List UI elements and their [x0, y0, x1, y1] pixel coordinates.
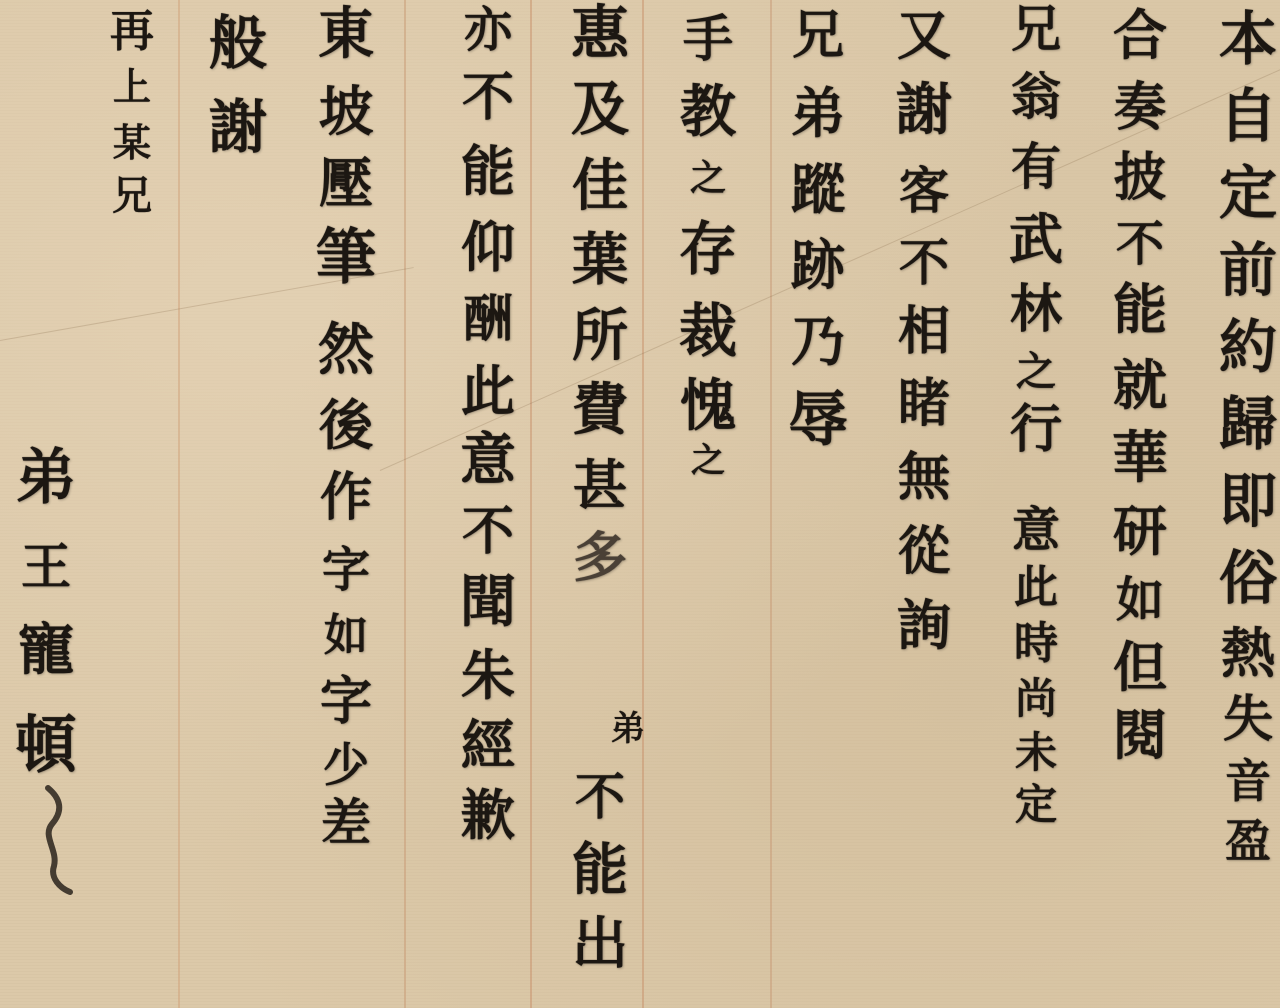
- ruling-line: [530, 0, 532, 1008]
- character: 尚: [1015, 678, 1057, 720]
- character: 葉: [572, 232, 628, 288]
- character: 歉: [461, 788, 515, 842]
- character: 華: [1112, 430, 1168, 486]
- character: 兄: [792, 10, 844, 62]
- character: 但: [1113, 640, 1167, 694]
- character: 約: [1219, 318, 1277, 376]
- character: 某: [113, 124, 151, 162]
- character: 字: [322, 546, 370, 594]
- character: 研: [1113, 504, 1167, 558]
- text-column-1: 本 自 定 前 約 歸 即 俗 熱 失 音 盈: [1220, 0, 1276, 864]
- character: 此: [461, 364, 515, 418]
- character: 裁: [679, 302, 737, 360]
- character: 相: [898, 306, 950, 358]
- character: 之: [691, 444, 725, 478]
- character: 意: [1012, 506, 1060, 554]
- signature-column: 弟 王 寵 頓: [10, 448, 82, 776]
- text-column-7-continued: 不 能 出: [568, 772, 632, 972]
- character: 不: [462, 506, 514, 558]
- character: 即: [1219, 472, 1277, 530]
- text-column-5: 兄 弟 蹤 跡 乃 辱: [786, 0, 850, 450]
- character: 失: [1223, 694, 1273, 744]
- character: 仰: [461, 220, 515, 274]
- character: 兄: [1011, 4, 1061, 54]
- character: 上: [113, 68, 151, 106]
- character: 能: [461, 144, 515, 198]
- character: 奏: [1114, 82, 1166, 134]
- character: 寵: [18, 622, 74, 678]
- character: 愧: [680, 378, 736, 434]
- character: 又: [897, 8, 951, 62]
- text-column-8: 亦 不 能 仰 酬 此 意 不 聞 朱 經 歉: [456, 0, 520, 842]
- character: 睹: [898, 378, 950, 430]
- character: 筆: [316, 228, 376, 288]
- character: 頓: [15, 714, 77, 776]
- text-column-10: 般 謝: [206, 0, 270, 156]
- character: 合: [1113, 8, 1167, 62]
- character: 俗: [1219, 549, 1277, 607]
- text-column-postscript: 再 上 某 兄: [108, 0, 156, 216]
- character: 翁: [1011, 72, 1061, 122]
- character: 前: [1219, 241, 1277, 299]
- character: 此: [1014, 566, 1058, 610]
- character: 披: [1114, 152, 1166, 204]
- character: 未: [1015, 732, 1057, 774]
- ruling-line: [178, 0, 180, 1008]
- character: 閱: [1113, 708, 1167, 762]
- character: 音: [1225, 758, 1271, 804]
- character: 惠: [571, 4, 629, 62]
- text-column-2: 合 奏 披 不 能 就 華 研 如 但 閱: [1108, 0, 1172, 762]
- character: 坡: [319, 84, 373, 138]
- character: 謝: [209, 98, 267, 156]
- character: 經: [461, 718, 515, 772]
- ruling-line: [404, 0, 406, 1008]
- character: 之: [1016, 352, 1056, 392]
- character: 就: [1113, 358, 1167, 412]
- character: 所: [572, 308, 628, 364]
- character: 佳: [572, 158, 628, 214]
- character: 能: [1113, 282, 1167, 336]
- character: 自: [1219, 87, 1277, 145]
- signature-flourish: [30, 780, 90, 900]
- character: 作: [320, 472, 372, 524]
- character: 然: [318, 322, 374, 378]
- character: 再: [110, 10, 154, 54]
- character: 王: [21, 542, 71, 592]
- character: 如: [1116, 576, 1164, 624]
- character: 弟: [791, 86, 845, 140]
- character: 多: [573, 530, 627, 584]
- character: 蹤: [791, 162, 845, 216]
- character: 出: [572, 916, 628, 972]
- text-inline-self-reference: 弟: [608, 712, 648, 746]
- character: 歸: [1219, 395, 1277, 453]
- character: 費: [572, 382, 628, 438]
- character: 手: [683, 14, 733, 64]
- character: 聞: [460, 574, 516, 630]
- character: 亦: [464, 6, 512, 54]
- character: 不: [462, 72, 514, 124]
- text-column-4: 又 謝 客 不 相 睹 無 從 詢: [892, 0, 956, 652]
- character: 酬: [463, 294, 513, 344]
- character: 不: [1116, 220, 1164, 268]
- character: 教: [680, 84, 736, 140]
- character: 謝: [896, 82, 952, 138]
- character: 弟: [611, 712, 645, 746]
- character: 本: [1219, 10, 1277, 68]
- character: 盈: [1225, 818, 1271, 864]
- letter-paper: 本 自 定 前 約 歸 即 俗 熱 失 音 盈 合 奏 披 不 能 就 華 研 …: [0, 0, 1280, 1008]
- character: 無: [898, 452, 950, 504]
- character: 時: [1014, 622, 1058, 666]
- character: 客: [899, 166, 949, 216]
- character: 少: [323, 742, 369, 788]
- character: 詢: [897, 598, 951, 652]
- character: 能: [572, 842, 628, 898]
- character: 朱: [461, 648, 515, 702]
- character: 武: [1009, 212, 1063, 266]
- text-column-6: 手 教 之 存 裁 愧 之: [676, 0, 740, 478]
- character: 之: [690, 160, 726, 196]
- ruling-line: [642, 0, 644, 1008]
- character: 般: [209, 14, 267, 72]
- character: 意: [460, 432, 516, 488]
- character: 差: [321, 798, 371, 848]
- character: 行: [1010, 404, 1062, 456]
- character: 東: [318, 6, 374, 62]
- text-column-9: 東 坡 壓 筆 然 後 作 字 如 字 少 差: [314, 0, 378, 848]
- character: 林: [1010, 284, 1062, 336]
- character: 甚: [573, 458, 627, 512]
- character: 不: [575, 772, 625, 822]
- character: 不: [899, 238, 949, 288]
- character: 字: [320, 676, 372, 728]
- character: 存: [679, 220, 737, 278]
- character: 如: [324, 614, 368, 658]
- character: 從: [898, 526, 950, 578]
- character: 有: [1011, 142, 1061, 192]
- character: 跡: [791, 238, 845, 292]
- character: 乃: [791, 314, 845, 368]
- character: 後: [319, 398, 373, 452]
- character: 定: [1219, 164, 1277, 222]
- text-column-3: 兄 翁 有 武 林 之 行 意 此 時 尚 未 定: [1004, 0, 1068, 826]
- character: 及: [571, 80, 629, 138]
- character: 定: [1015, 784, 1057, 826]
- character: 兄: [112, 176, 152, 216]
- character: 熱: [1221, 626, 1275, 680]
- character: 壓: [319, 156, 373, 210]
- character: 弟: [16, 448, 76, 508]
- text-column-7: 惠 及 佳 葉 所 費 甚 多: [566, 0, 634, 584]
- ruling-line: [770, 0, 772, 1008]
- character: 辱: [788, 390, 848, 450]
